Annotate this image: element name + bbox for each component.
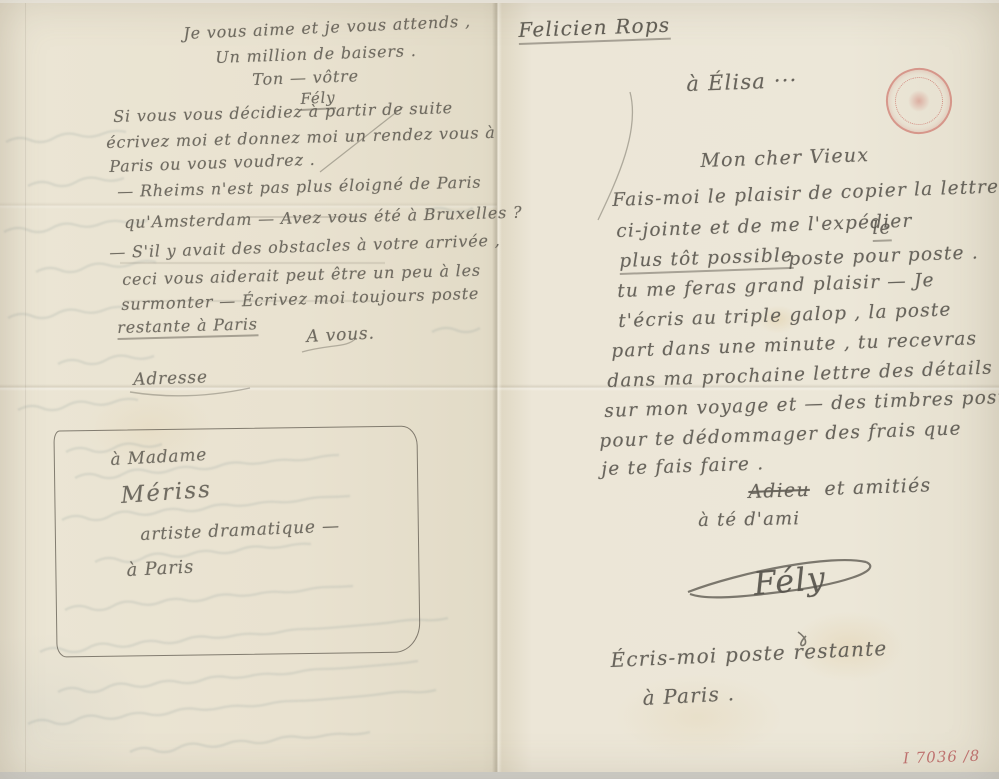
address-line: à Paris	[126, 556, 195, 581]
signature: Fély	[752, 559, 828, 603]
stamp-inner-ring	[890, 72, 949, 131]
center-fold	[492, 0, 502, 779]
letter-line: restante à Paris	[117, 314, 258, 340]
address-heading: Adresse	[133, 367, 208, 390]
address-box	[53, 425, 420, 657]
scan-edge-top	[0, 0, 999, 3]
scan-edge-bottom	[0, 772, 999, 779]
catalog-number: I 7036 /8	[903, 747, 981, 768]
sender-name: Felicien Rops	[518, 13, 671, 45]
valediction: A vous.	[306, 323, 375, 347]
closing-line: à té d'ami	[698, 508, 800, 531]
dedication: à Élisa ···	[686, 68, 798, 96]
letter-line: Ton — vôtre	[252, 66, 359, 89]
letter-scan: Je vous aime et je vous attends , Un mil…	[0, 0, 999, 779]
letter-line: le	[872, 217, 892, 242]
postscript-line: à Paris .	[642, 681, 736, 710]
closing-line: et amitiés	[824, 474, 932, 500]
struck-word: Adieu	[748, 479, 810, 503]
